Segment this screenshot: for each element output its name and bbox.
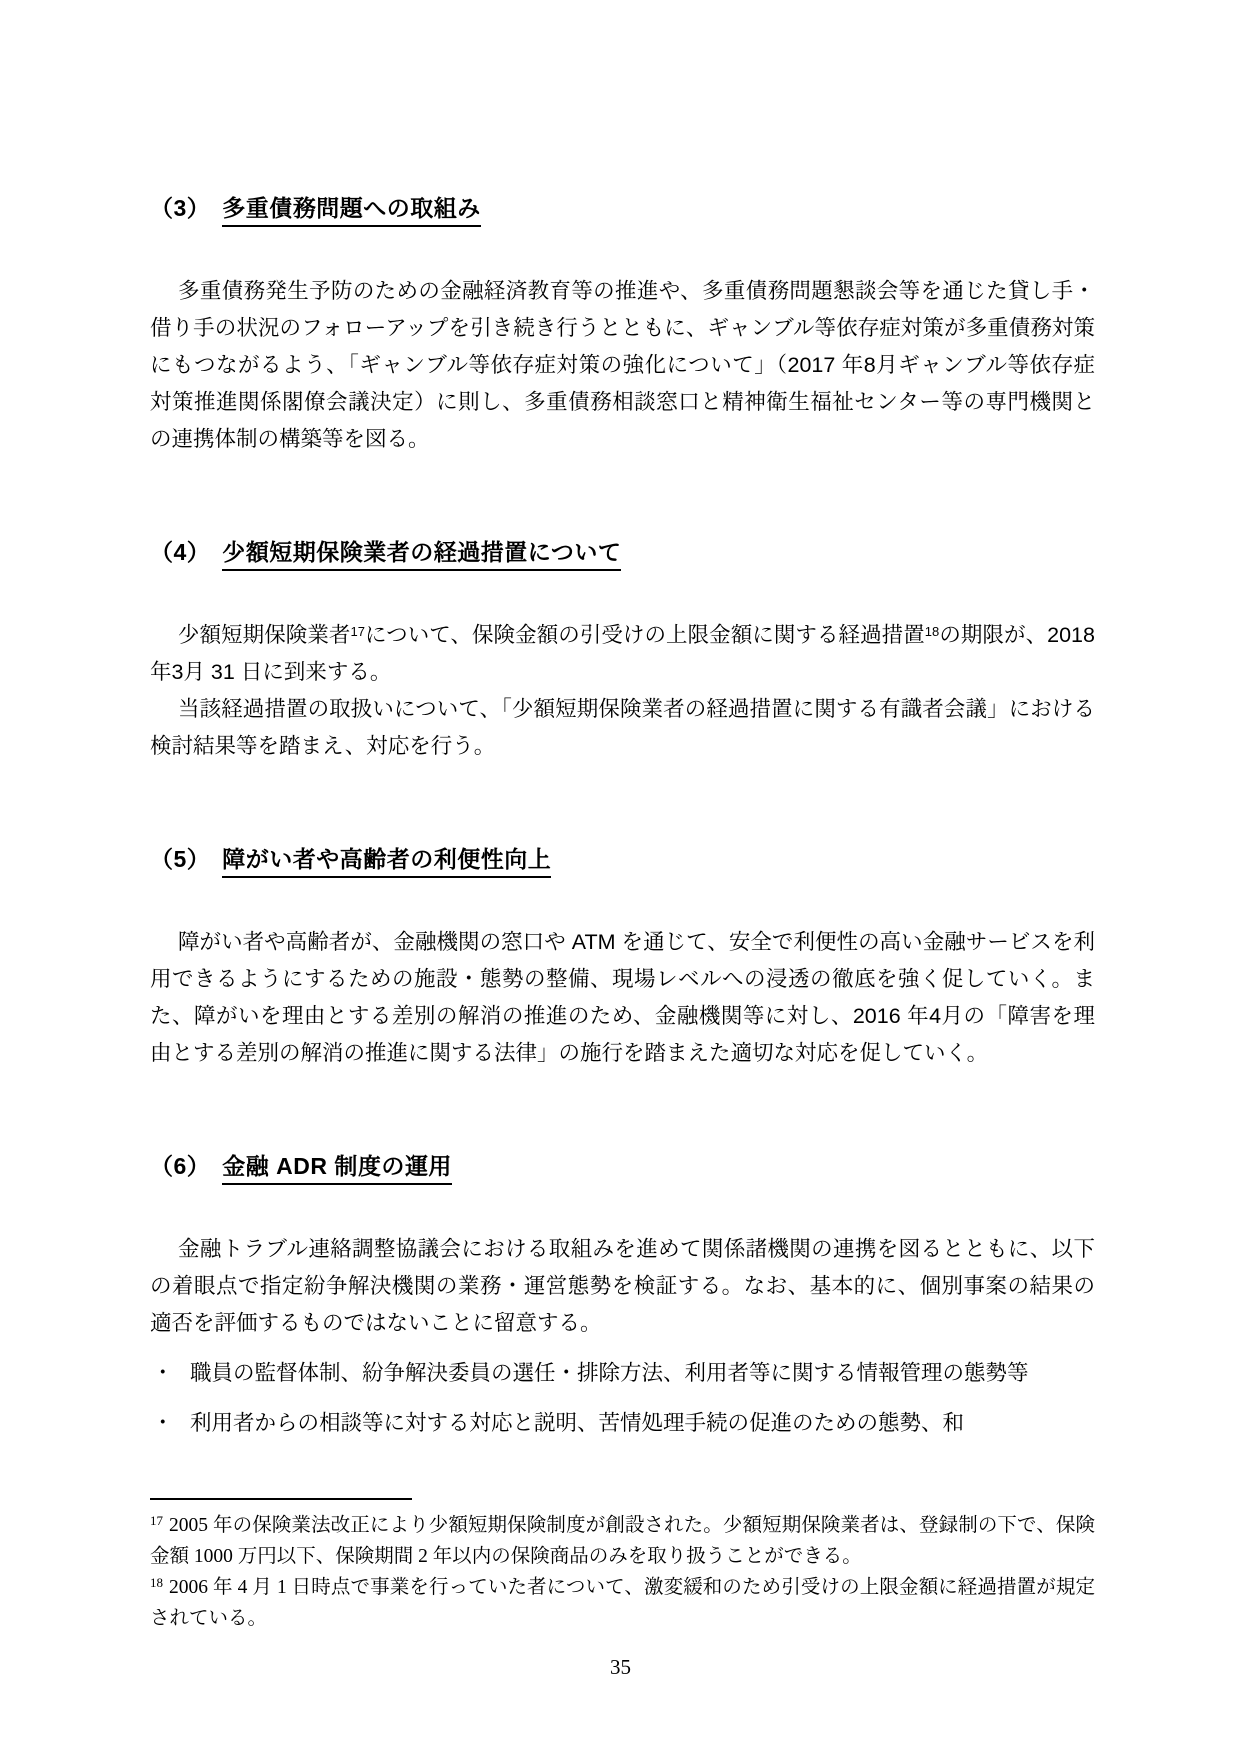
- footnote-18-marker: 18: [150, 1575, 163, 1590]
- section-6-heading: （6）金融 ADR 制度の運用: [150, 1148, 1095, 1181]
- section-5-paragraph: 障がい者や高齢者が、金融機関の窓口や ATM を通じて、安全で利便性の高い金融サ…: [150, 924, 1095, 1072]
- section-5-title: 障がい者や高齢者の利便性向上: [222, 846, 551, 878]
- footnote-ref-18: 18: [925, 624, 939, 639]
- section-3-label: （3）: [150, 195, 210, 221]
- section-5: （5）障がい者や高齢者の利便性向上 障がい者や高齢者が、金融機関の窓口や ATM…: [150, 841, 1095, 1072]
- section-6: （6）金融 ADR 制度の運用 金融トラブル連絡調整協議会における取組みを進めて…: [150, 1148, 1095, 1442]
- section-4-heading: （4）少額短期保険業者の経過措置について: [150, 534, 1095, 567]
- section-3: （3）多重債務問題への取組み 多重債務発生予防のための金融経済教育等の推進や、多…: [150, 190, 1095, 458]
- section-6-paragraph: 金融トラブル連絡調整協議会における取組みを進めて関係諸機関の連携を図るとともに、…: [150, 1231, 1095, 1342]
- section-4-label: （4）: [150, 539, 210, 565]
- section-3-title: 多重債務問題への取組み: [222, 195, 481, 227]
- section-6-label: （6）: [150, 1153, 210, 1179]
- section-6-title: 金融 ADR 制度の運用: [222, 1153, 452, 1185]
- footnote-17-marker: 17: [150, 1513, 163, 1528]
- bullet-item: ・職員の監督体制、紛争解決委員の選任・排除方法、利用者等に関する情報管理の態勢等: [150, 1355, 1095, 1392]
- footnote-18-text: 2006 年 4 月 1 日時点で事業を行っていた者について、激変緩和のため引受…: [150, 1577, 1095, 1629]
- footnote-18: 182006 年 4 月 1 日時点で事業を行っていた者について、激変緩和のため…: [150, 1572, 1095, 1634]
- footnote-17: 172005 年の保険業法改正により少額短期保険制度が創設された。少額短期保険業…: [150, 1510, 1095, 1572]
- section-4: （4）少額短期保険業者の経過措置について 少額短期保険業者17について、保険金額…: [150, 534, 1095, 765]
- page-content: （3）多重債務問題への取組み 多重債務発生予防のための金融経済教育等の推進や、多…: [150, 190, 1095, 1518]
- section-3-heading: （3）多重債務問題への取組み: [150, 190, 1095, 223]
- bullet-marker: ・: [152, 1405, 174, 1442]
- section-5-label: （5）: [150, 846, 210, 872]
- section-4-paragraph-2: 当該経過措置の取扱いについて、「少額短期保険業者の経過措置に関する有識者会議」に…: [150, 691, 1095, 765]
- footnote-separator: [150, 1498, 412, 1500]
- paragraph-text: 少額短期保険業者: [178, 623, 351, 647]
- section-3-paragraph: 多重債務発生予防のための金融経済教育等の推進や、多重債務問題懇談会等を通じた貸し…: [150, 273, 1095, 458]
- footnote-17-text: 2005 年の保険業法改正により少額短期保険制度が創設された。少額短期保険業者は…: [150, 1515, 1095, 1567]
- bullet-text: 職員の監督体制、紛争解決委員の選任・排除方法、利用者等に関する情報管理の態勢等: [190, 1361, 1029, 1385]
- section-4-title: 少額短期保険業者の経過措置について: [222, 539, 621, 571]
- footnote-area: 172005 年の保険業法改正により少額短期保険制度が創設された。少額短期保険業…: [150, 1498, 1095, 1634]
- page-number: 35: [0, 1655, 1241, 1680]
- footnote-ref-17: 17: [351, 624, 365, 639]
- bullet-item: ・利用者からの相談等に対する対応と説明、苦情処理手続の促進のための態勢、和: [150, 1405, 1095, 1442]
- document-page: { "page_number": "35", "sections": [ { "…: [0, 0, 1241, 1754]
- section-5-heading: （5）障がい者や高齢者の利便性向上: [150, 841, 1095, 874]
- section-4-paragraph-1: 少額短期保険業者17について、保険金額の引受けの上限金額に関する経過措置18の期…: [150, 617, 1095, 691]
- paragraph-text: について、保険金額の引受けの上限金額に関する経過措置: [365, 623, 925, 647]
- bullet-text: 利用者からの相談等に対する対応と説明、苦情処理手続の促進のための態勢、和: [190, 1411, 964, 1435]
- bullet-marker: ・: [152, 1355, 174, 1392]
- bullet-list: ・職員の監督体制、紛争解決委員の選任・排除方法、利用者等に関する情報管理の態勢等…: [150, 1355, 1095, 1442]
